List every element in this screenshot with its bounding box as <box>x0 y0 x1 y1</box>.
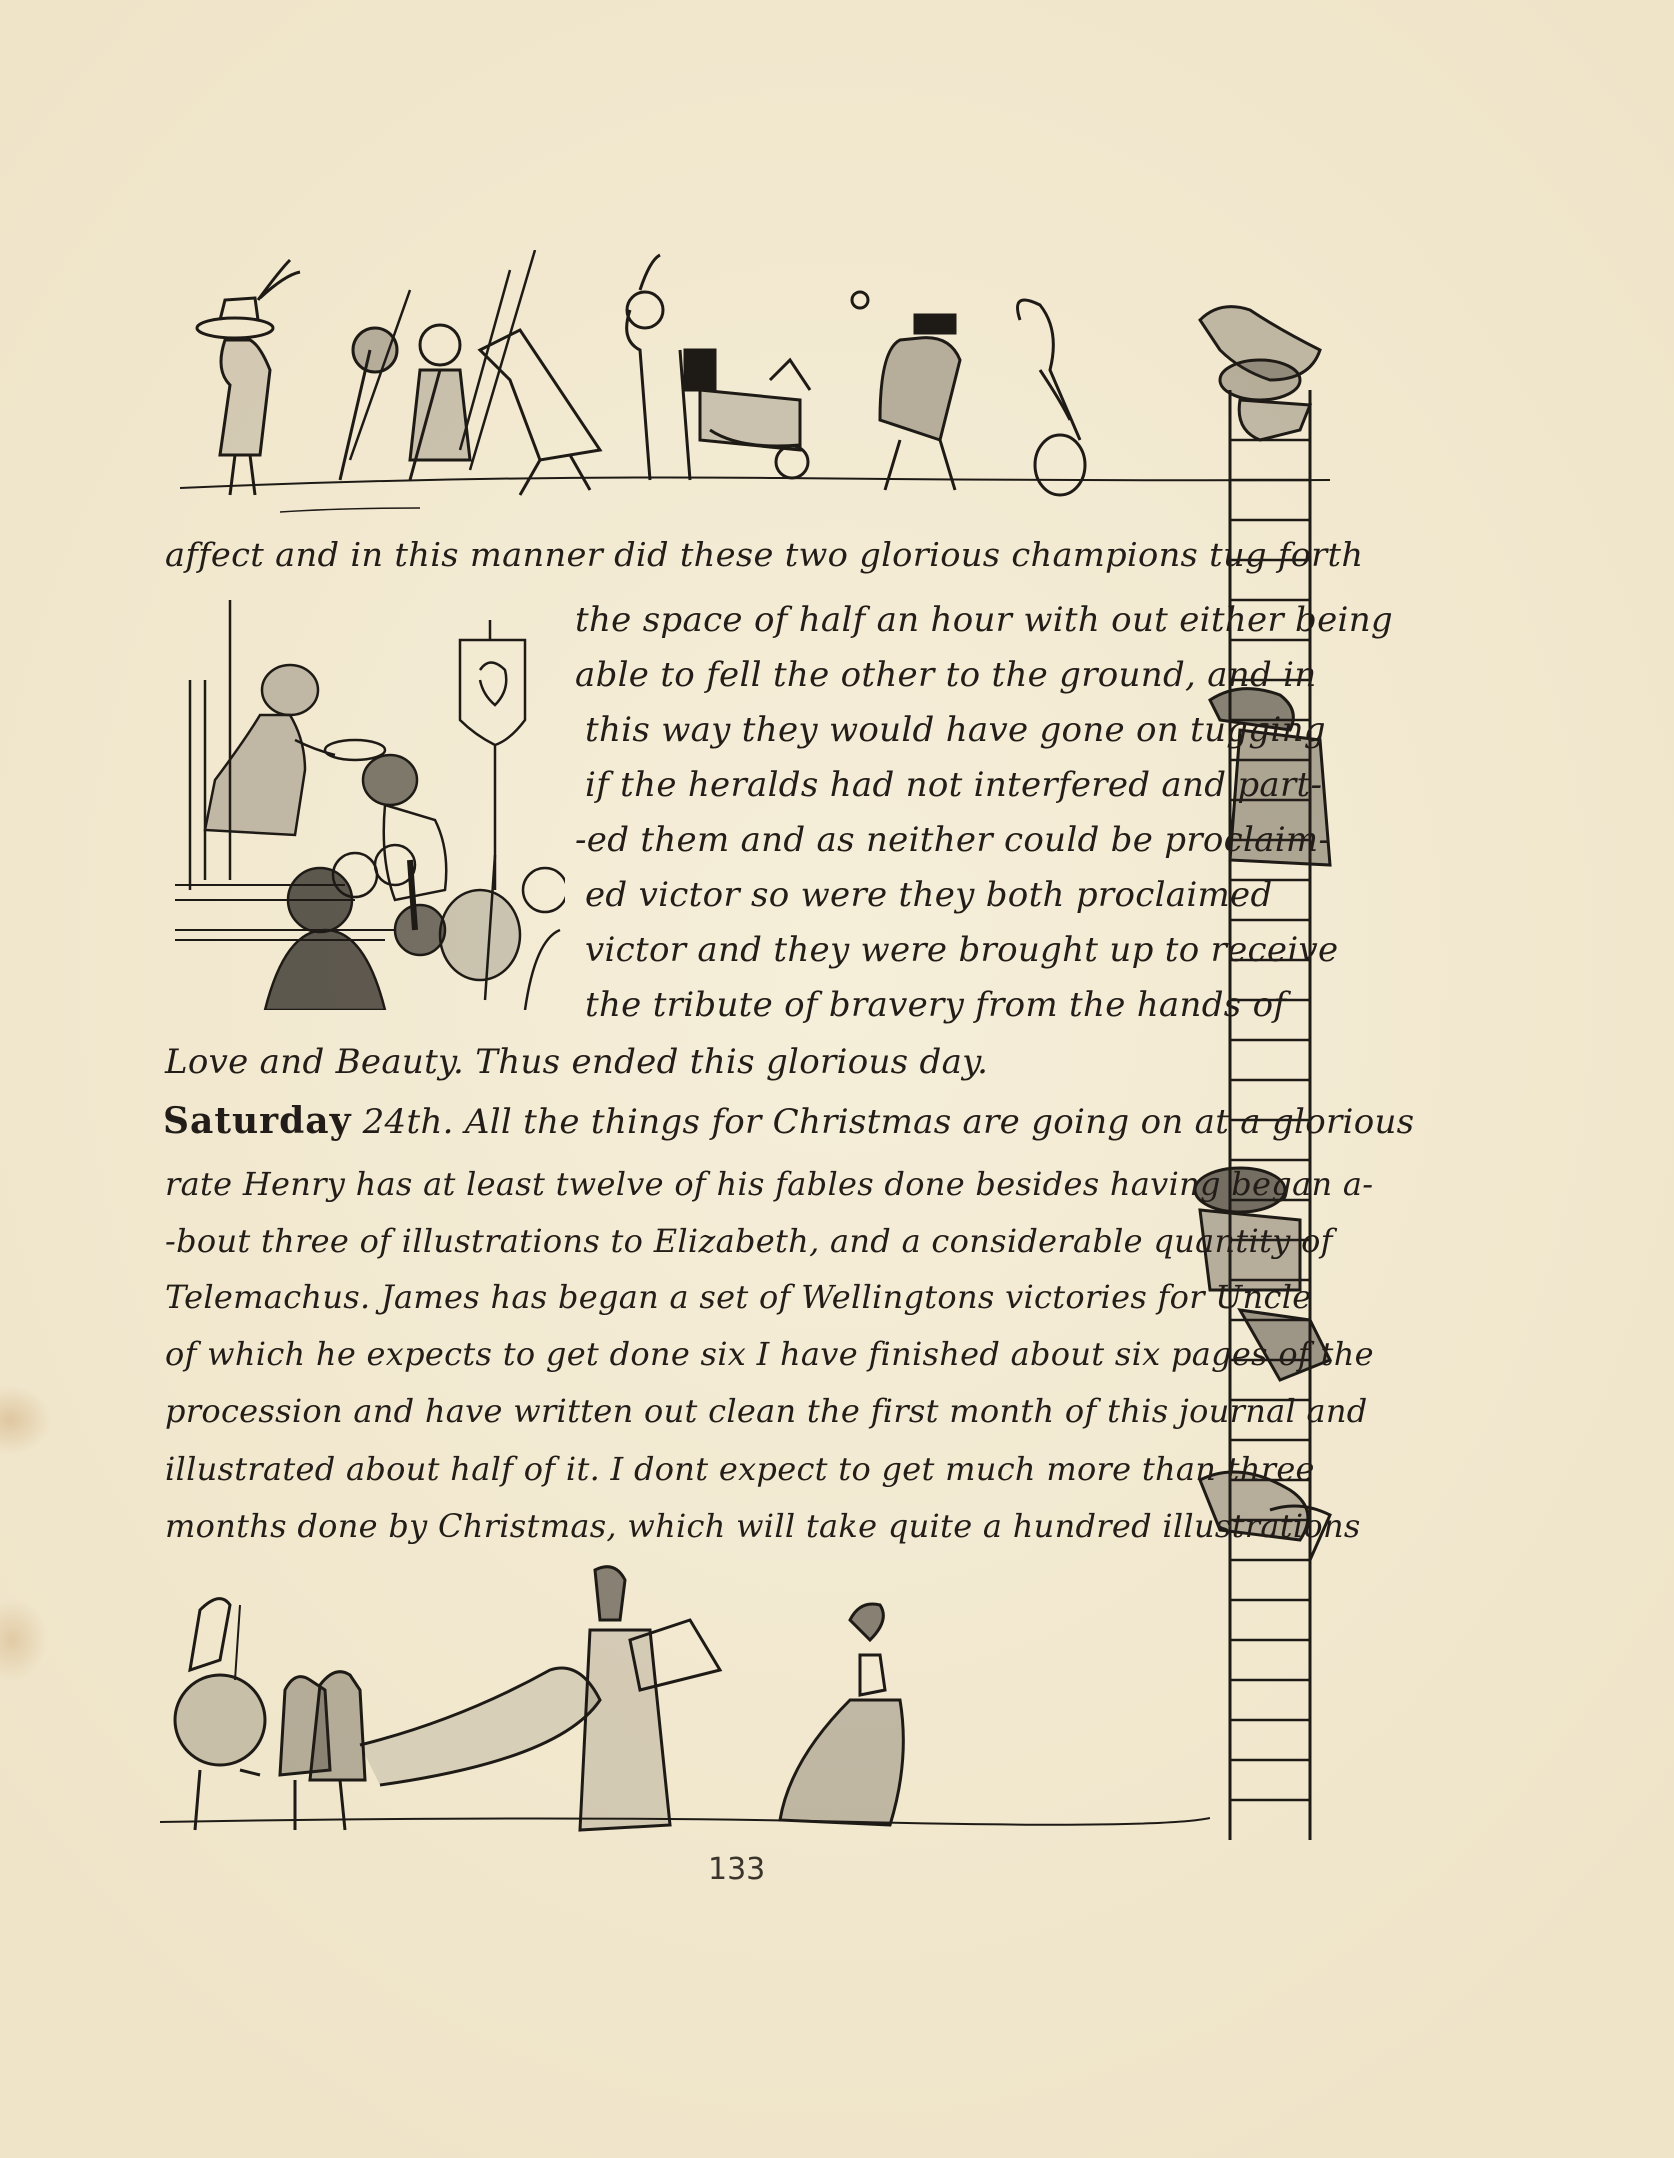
text-line-9: the tribute of bravery from the hands of <box>585 985 1286 1025</box>
text-line-2: the space of half an hour with out eithe… <box>575 600 1393 640</box>
entry-date: 24th. <box>363 1102 454 1142</box>
entry-first-line: All the things for Christmas are going o… <box>465 1102 1415 1142</box>
entry-line-1: rate Henry has at least twelve of his fa… <box>165 1165 1373 1203</box>
entry-heading-line: Saturday 24th. All the things for Christ… <box>163 1100 1414 1142</box>
text-line-10: Love and Beauty. Thus ended this gloriou… <box>165 1042 988 1082</box>
text-line-7: ed victor so were they both proclaimed <box>585 875 1273 915</box>
entry-line-3: Telemachus. James has began a set of Wel… <box>165 1278 1311 1316</box>
entry-line-4: of which he expects to get done six I ha… <box>165 1335 1374 1373</box>
entry-line-2: -bout three of illustrations to Elizabet… <box>165 1222 1333 1260</box>
entry-line-5: procession and have written out clean th… <box>165 1392 1368 1430</box>
page-number: 133 <box>708 1852 765 1887</box>
entry-day-heading: Saturday <box>163 1100 352 1142</box>
text-line-3: able to fell the other to the ground, an… <box>575 655 1317 695</box>
entry-line-6: illustrated about half of it. I dont exp… <box>165 1450 1315 1488</box>
text-line-4: this way they would have gone on tugging <box>585 710 1326 750</box>
text-line-8: victor and they were brought up to recei… <box>585 930 1338 970</box>
ladder-border-illustration <box>1180 300 1380 1850</box>
text-line-1: affect and in this manner did these two … <box>165 535 1363 574</box>
tournament-scene-illustration <box>165 600 565 1010</box>
bottom-procession-illustration <box>160 1560 1210 1850</box>
manuscript-page: affect and in this manner did these two … <box>0 0 1674 2158</box>
text-line-5: if the heralds had not interfered and pa… <box>585 765 1322 805</box>
entry-line-7: months done by Christmas, which will tak… <box>165 1507 1361 1545</box>
top-procession-illustration <box>180 250 1330 530</box>
text-line-6: -ed them and as neither could be proclai… <box>575 820 1330 860</box>
